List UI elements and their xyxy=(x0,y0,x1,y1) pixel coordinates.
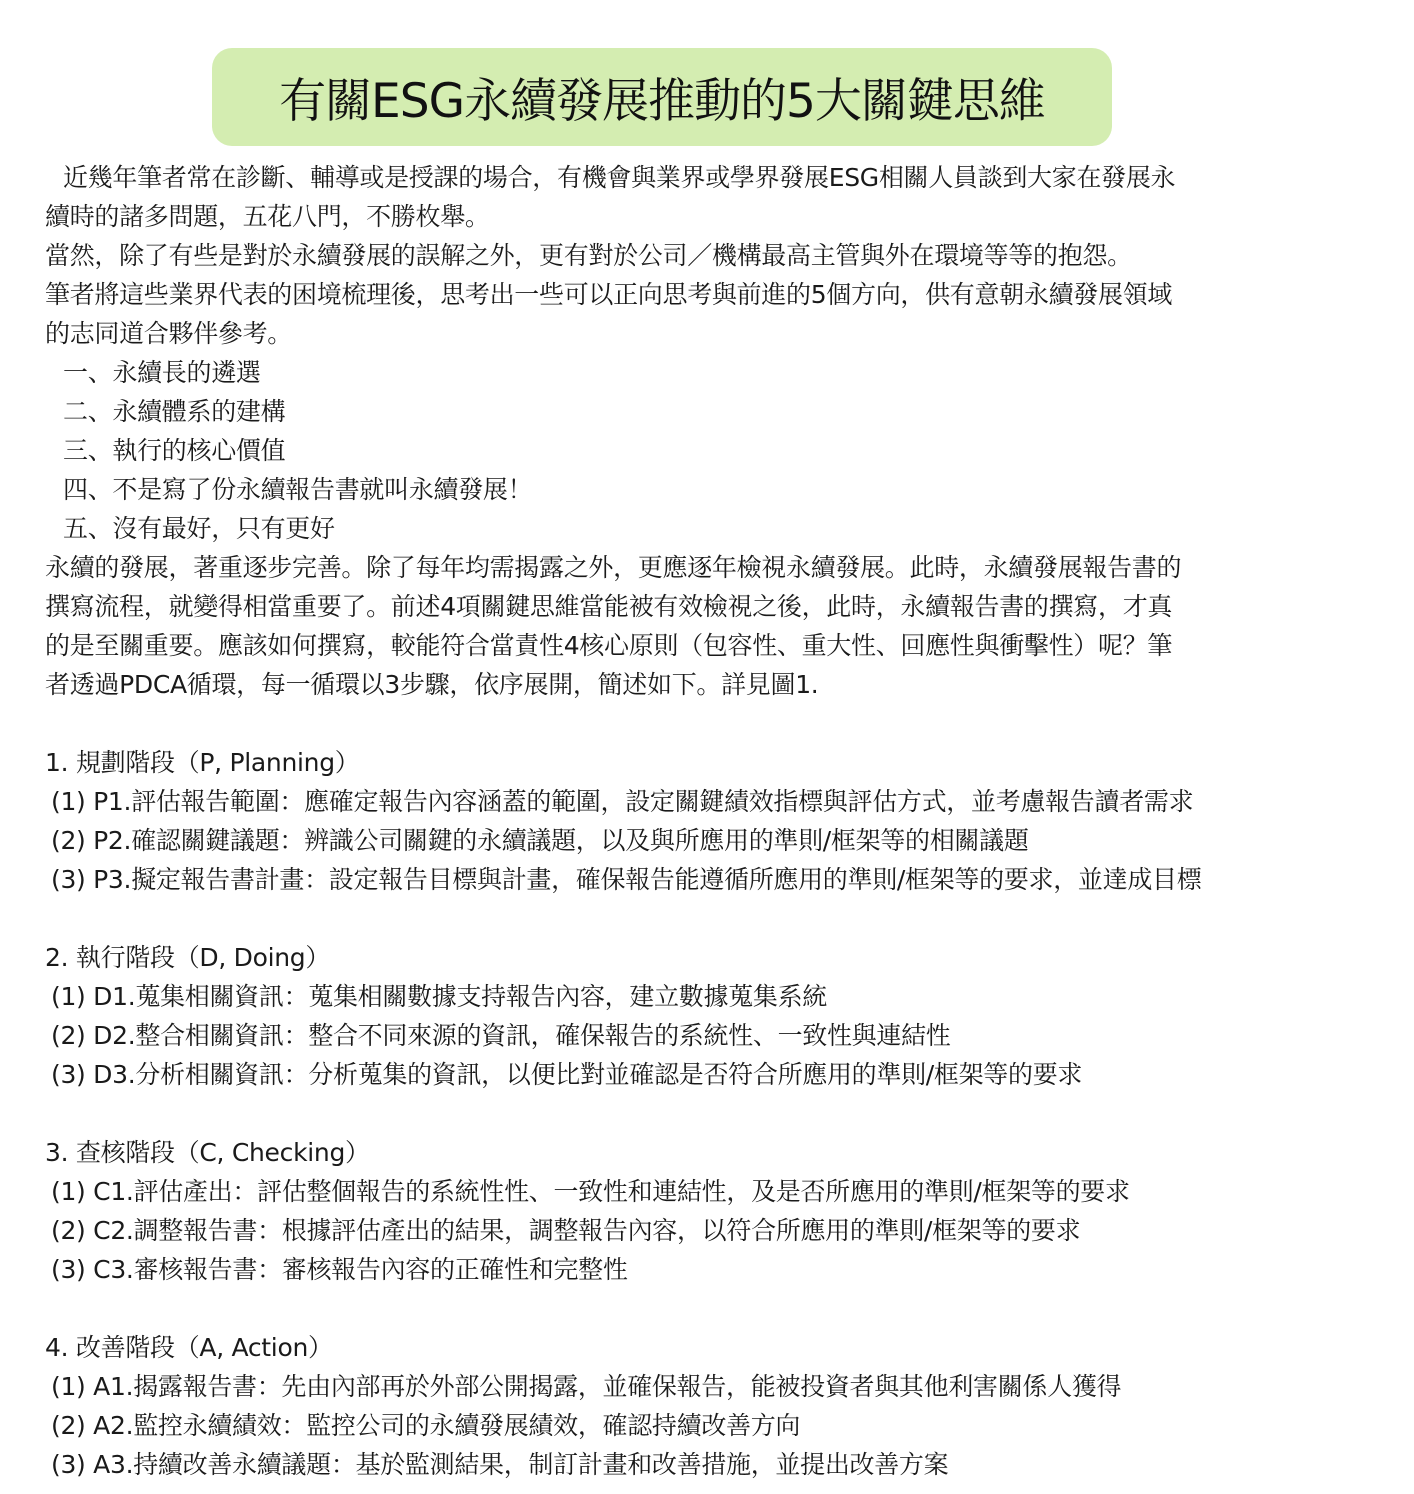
phase-step: (3) C3.審核報告書：審核報告內容的正確性和完整性 xyxy=(45,1250,1385,1289)
summary-line: 撰寫流程，就變得相當重要了。前述4項關鍵思維當能被有效檢視之後，此時，永續報告書… xyxy=(45,587,1385,626)
intro-line: 近幾年筆者常在診斷、輔導或是授課的場合，有機會與業界或學界發展ESG相關人員談到… xyxy=(45,158,1385,197)
spacer xyxy=(45,1094,1385,1133)
intro-line: 筆者將這些業界代表的困境梳理後，思考出一些可以正向思考與前進的5個方向，供有意朝… xyxy=(45,275,1385,314)
summary-paragraph: 永續的發展，著重逐步完善。除了每年均需揭露之外，更應逐年檢視永續發展。此時，永續… xyxy=(45,548,1385,704)
title-banner: 有關ESG永續發展推動的5大關鍵思維 xyxy=(212,48,1112,146)
key-point-item: 四、不是寫了份永續報告書就叫永續發展！ xyxy=(45,470,1385,509)
spacer xyxy=(45,704,1385,743)
summary-line: 的是至關重要。應該如何撰寫，較能符合當責性4核心原則（包容性、重大性、回應性與衝… xyxy=(45,626,1385,665)
intro-paragraph: 近幾年筆者常在診斷、輔導或是授課的場合，有機會與業界或學界發展ESG相關人員談到… xyxy=(45,158,1385,353)
phase-heading: 3. 查核階段（C, Checking） xyxy=(45,1133,1385,1172)
phase-heading: 1. 規劃階段（P, Planning） xyxy=(45,743,1385,782)
key-point-item: 五、沒有最好，只有更好 xyxy=(45,509,1385,548)
phase-step: (3) P3.擬定報告書計畫：設定報告目標與計畫，確保報告能遵循所應用的準則/框… xyxy=(45,860,1385,899)
key-points-list: 一、永續長的遴選 二、永續體系的建構 三、執行的核心價值 四、不是寫了份永續報告… xyxy=(45,353,1385,548)
phase-planning: 1. 規劃階段（P, Planning） (1) P1.評估報告範圍：應確定報告… xyxy=(45,743,1385,899)
phase-heading: 2. 執行階段（D, Doing） xyxy=(45,938,1385,977)
page-title: 有關ESG永續發展推動的5大關鍵思維 xyxy=(279,64,1045,131)
key-point-item: 一、永續長的遴選 xyxy=(45,353,1385,392)
phase-step: (1) P1.評估報告範圍：應確定報告內容涵蓋的範圍，設定關鍵績效指標與評估方式… xyxy=(45,782,1385,821)
summary-line: 永續的發展，著重逐步完善。除了每年均需揭露之外，更應逐年檢視永續發展。此時，永續… xyxy=(45,548,1385,587)
phase-doing: 2. 執行階段（D, Doing） (1) D1.蒐集相關資訊：蒐集相關數據支持… xyxy=(45,938,1385,1094)
key-point-item: 二、永續體系的建構 xyxy=(45,392,1385,431)
intro-line: 的志同道合夥伴參考。 xyxy=(45,314,1385,353)
key-point-item: 三、執行的核心價值 xyxy=(45,431,1385,470)
phase-step: (2) C2.調整報告書：根據評估產出的結果，調整報告內容，以符合所應用的準則/… xyxy=(45,1211,1385,1250)
phase-step: (3) D3.分析相關資訊：分析蒐集的資訊，以便比對並確認是否符合所應用的準則/… xyxy=(45,1055,1385,1094)
phase-checking: 3. 查核階段（C, Checking） (1) C1.評估產出：評估整個報告的… xyxy=(45,1133,1385,1289)
phase-step: (1) C1.評估產出：評估整個報告的系統性性、一致性和連結性，及是否所應用的準… xyxy=(45,1172,1385,1211)
phase-action: 4. 改善階段（A, Action） (1) A1.揭露報告書：先由內部再於外部… xyxy=(45,1328,1385,1484)
summary-line: 者透過PDCA循環，每一循環以3步驟，依序展開，簡述如下。詳見圖1. xyxy=(45,665,1385,704)
spacer xyxy=(45,1289,1385,1328)
phase-step: (2) A2.監控永續績效：監控公司的永續發展績效，確認持續改善方向 xyxy=(45,1406,1385,1445)
phase-step: (2) D2.整合相關資訊：整合不同來源的資訊，確保報告的系統性、一致性與連結性 xyxy=(45,1016,1385,1055)
phase-step: (2) P2.確認關鍵議題：辨識公司關鍵的永續議題，以及與所應用的準則/框架等的… xyxy=(45,821,1385,860)
phase-step: (3) A3.持續改善永續議題：基於監測結果，制訂計畫和改善措施，並提出改善方案 xyxy=(45,1445,1385,1484)
article-body: 近幾年筆者常在診斷、輔導或是授課的場合，有機會與業界或學界發展ESG相關人員談到… xyxy=(45,158,1385,1484)
intro-line: 當然，除了有些是對於永續發展的誤解之外，更有對於公司／機構最高主管與外在環境等等… xyxy=(45,236,1385,275)
spacer xyxy=(45,899,1385,938)
phase-step: (1) A1.揭露報告書：先由內部再於外部公開揭露，並確保報告，能被投資者與其他… xyxy=(45,1367,1385,1406)
intro-line: 續時的諸多問題，五花八門，不勝枚舉。 xyxy=(45,197,1385,236)
phase-step: (1) D1.蒐集相關資訊：蒐集相關數據支持報告內容，建立數據蒐集系統 xyxy=(45,977,1385,1016)
phase-heading: 4. 改善階段（A, Action） xyxy=(45,1328,1385,1367)
